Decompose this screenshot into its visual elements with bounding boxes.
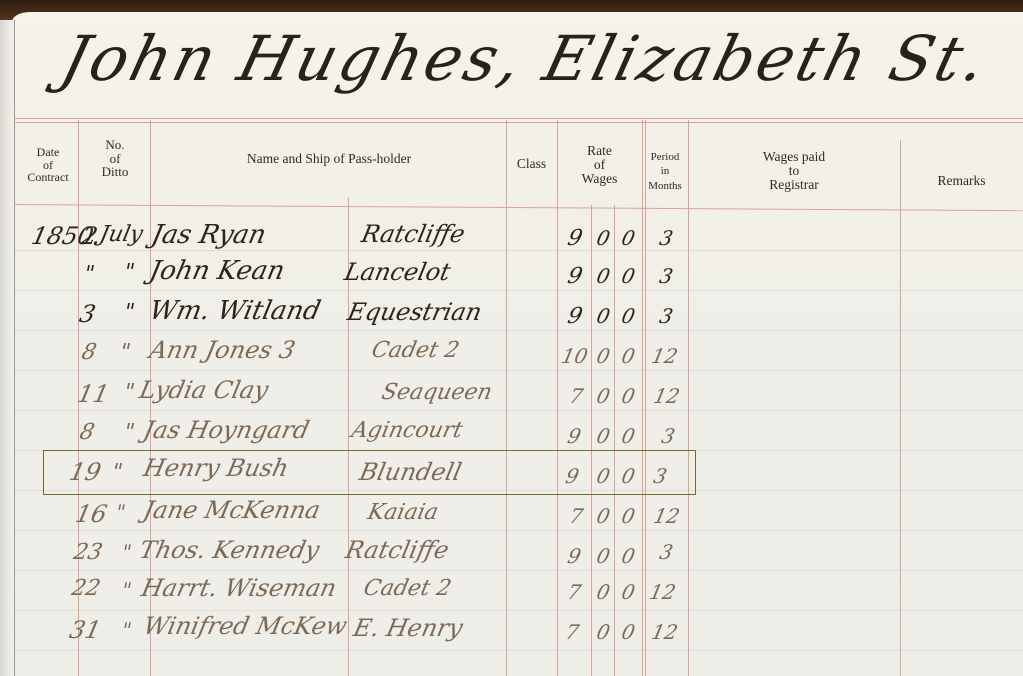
header-line: Date <box>18 146 78 159</box>
header-line: Months <box>642 179 688 193</box>
header-line: of <box>80 152 150 166</box>
row-rule <box>15 370 1023 371</box>
page-title: John Hughes, Elizabeth St. <box>48 22 1023 122</box>
row-ship: Cadet 2 <box>361 576 453 601</box>
header-line: Wages <box>557 172 642 186</box>
row-ship: Kaiaia <box>365 500 440 525</box>
row-day: 19 <box>67 458 103 486</box>
row-day: 16 <box>73 500 109 528</box>
header-no-of-ditto: No. of Ditto <box>80 138 150 179</box>
row-name: Wm. Witland <box>147 296 324 326</box>
row-name: Harrt. Wiseman <box>139 574 339 602</box>
row-period: 12 <box>651 504 682 528</box>
header-line: Contract <box>18 171 78 184</box>
row-day: 22 <box>69 576 102 601</box>
row-rule <box>15 410 1023 411</box>
header-line: Period <box>642 150 688 164</box>
row-rule <box>15 530 1023 531</box>
row-ship: Ratcliffe <box>359 220 468 248</box>
row-rule <box>15 250 1023 251</box>
row-rule <box>15 330 1023 331</box>
row-rate-pounds: 10 <box>559 344 590 368</box>
header-line: to <box>688 164 900 178</box>
row-rule <box>15 290 1023 291</box>
row-period: 12 <box>651 384 682 408</box>
row-ship: Blundell <box>357 458 464 486</box>
row-period: 12 <box>647 580 678 604</box>
header-top-rule <box>14 118 1023 119</box>
header-date-of-contract: Date of Contract <box>18 146 78 184</box>
header-wages-paid-to-registrar: Wages paid to Registrar <box>688 150 900 193</box>
row-name: Jas Hoyngard <box>141 416 312 444</box>
row-ship: Ratcliffe <box>343 536 452 564</box>
column-rule <box>645 120 646 676</box>
header-line: Wages paid <box>688 150 900 164</box>
header-remarks: Remarks <box>900 174 1023 188</box>
row-period: 12 <box>649 344 680 368</box>
column-rule <box>591 205 592 676</box>
row-ship: E. Henry <box>351 614 465 642</box>
row-ship: Lancelot <box>342 258 453 286</box>
row-name: Thos. Kennedy <box>137 536 322 564</box>
column-rule <box>506 120 507 676</box>
header-rate-of-wages: Rate of Wages <box>557 144 642 187</box>
column-rule <box>688 120 689 676</box>
column-rule <box>614 205 615 676</box>
header-class: Class <box>506 157 557 171</box>
row-ship: Cadet 2 <box>369 338 461 363</box>
header-line: No. <box>80 138 150 152</box>
row-rule <box>15 650 1023 651</box>
row-period: 12 <box>649 620 680 644</box>
header-line: Ditto <box>80 165 150 179</box>
row-day: 11 <box>75 380 111 408</box>
page-gutter <box>0 20 15 676</box>
header-line: of <box>557 158 642 172</box>
row-day: 31 <box>67 616 103 644</box>
row-name: Ann Jones 3 <box>147 336 298 364</box>
row-name: Lydia Clay <box>137 376 271 404</box>
column-rule <box>642 120 643 676</box>
row-rule <box>15 570 1023 571</box>
header-top-rule-double <box>14 122 1023 123</box>
column-rule <box>900 140 901 676</box>
row-name: Henry Bush <box>141 454 291 482</box>
header-line: Registrar <box>688 178 900 192</box>
row-ship: Equestrian <box>345 298 484 326</box>
row-name: Jas Ryan <box>149 220 269 250</box>
row-day: 23 <box>71 540 104 565</box>
header-name-and-ship: Name and Ship of Pass-holder <box>152 152 506 166</box>
row-name: John Kean <box>147 256 288 286</box>
row-name: Jane McKenna <box>141 496 323 524</box>
row-ship: Agincourt <box>349 418 465 443</box>
header-line: in <box>642 164 688 178</box>
column-rule <box>557 120 558 676</box>
header-period-in-months: Period in Months <box>642 150 688 193</box>
row-ship: Seaqueen <box>379 380 494 405</box>
row-month: July <box>97 222 145 247</box>
row-rule <box>15 610 1023 611</box>
row-name: Winifred McKew <box>141 612 350 640</box>
header-line: Rate <box>557 144 642 158</box>
